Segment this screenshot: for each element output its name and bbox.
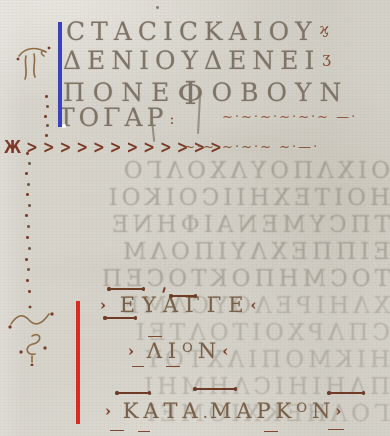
text-line-1-text: ϹΤΑϹΙϹΚΑΙΟΥ	[66, 17, 318, 46]
subscription-line-3-kata: ΚΑΤΑ	[123, 399, 203, 423]
subscription-small-omicron: Ο	[296, 401, 312, 416]
subscription-line-2: › ΛΙΟΝ‹	[128, 339, 228, 363]
margin-dot	[28, 162, 31, 165]
line-2-rubric-mark: ʒ	[322, 49, 330, 67]
margin-dot	[25, 258, 28, 261]
ornament-dash-icon	[166, 366, 180, 367]
margin-dot	[46, 105, 49, 108]
margin-dot	[25, 172, 28, 175]
ghost-line: ΤΟϹΜΗΠΟΚΤΟϹΕΠ	[52, 266, 390, 293]
manuscript-photo: ϹΤΑϹΙϹΚΑΙΟΥϗ ΔΕΝΙΟΥΔΕΝΕΙʒ ΠΟΝΕΦΟΒΟΥΝ ΤΟΓ…	[0, 0, 390, 436]
margin-coronis-icon	[8, 302, 56, 366]
subscription-small-omicron: Ο	[182, 341, 198, 356]
margin-coronis-icon	[16, 44, 52, 82]
margin-dot	[27, 225, 30, 228]
ornament-dash-icon	[148, 336, 162, 337]
subscription-open-mark: ›	[100, 296, 106, 314]
ornament-arrow-icon	[108, 288, 144, 290]
text-line-3-post: ΟΒΟΥΝ	[212, 78, 350, 107]
subscription-separator-dot: .	[203, 403, 210, 422]
ghost-line: ΤΠϹΥΜΕΝΑΙΦΗΝΕ	[52, 212, 390, 239]
subscription-line-3-post: Ν	[312, 399, 335, 423]
line-1-rubric-mark: ϗ	[320, 20, 329, 38]
text-line-4: ΤΟΓΑΡ:	[58, 103, 174, 132]
ornament-dash-icon	[264, 431, 278, 432]
subscription-line-2-pre: ΛΙ	[147, 339, 182, 363]
subscription-close-mark: ‹	[222, 342, 228, 360]
white-cursor-dot	[62, 124, 66, 128]
line-4-scroll-flourish: ~·~·~·~·~·~ —·	[222, 110, 357, 125]
ornament-arrow-icon	[328, 392, 364, 394]
ornament-dash-icon	[110, 430, 124, 431]
margin-dot	[26, 193, 29, 196]
subscription-close-mark: ›	[335, 402, 341, 420]
text-line-1: ϹΤΑϹΙϹΚΑΙΟΥϗ	[66, 17, 329, 46]
ornament-arrow-icon	[116, 392, 150, 394]
margin-dot	[25, 214, 28, 217]
subscription-line-3-mark-name: ΜΑΡΚ	[210, 399, 297, 423]
ornament-dash-icon	[138, 431, 150, 432]
margin-dot	[45, 95, 48, 98]
ornament-dash-icon	[328, 429, 344, 430]
ornament-arrow-icon	[194, 388, 236, 390]
ghost-line: ΕΙΠΠΕΧΛΥΙΠΟΛΜ	[52, 239, 390, 266]
margin-dot	[44, 115, 47, 118]
ornament-dash-icon	[132, 366, 144, 367]
text-line-2-text: ΔΕΝΙΟΥΔΕΝΕΙ	[63, 46, 320, 75]
margin-dot	[46, 124, 49, 127]
margin-dot	[26, 279, 29, 282]
margin-dot	[28, 290, 31, 293]
ghost-line: ΗΟΙΤΕΧΗΙΙϹΟΙΚΟΙ	[52, 185, 390, 212]
ornament-arrow-icon	[104, 317, 136, 319]
blue-annotation-line	[58, 22, 62, 127]
text-line-3-phi: Φ	[177, 74, 211, 112]
margin-dot	[28, 247, 31, 250]
subscription-open-mark: ›	[105, 402, 111, 420]
coronis-scroll-band: ~·~·~·~·~ ~·—·	[184, 140, 319, 155]
margin-dot	[26, 236, 29, 239]
text-line-2: ΔΕΝΙΟΥΔΕΝΕΙʒ	[63, 46, 331, 75]
red-annotation-line	[76, 301, 80, 424]
ornament-arrow-icon	[170, 295, 196, 297]
margin-dot	[28, 204, 31, 207]
margin-dot	[27, 183, 30, 186]
subscription-line-2-post: Ν	[198, 339, 222, 363]
margin-dot	[27, 268, 30, 271]
subscription-close-mark: ‹	[251, 296, 257, 314]
ghost-line: ΟΙΧΛΠΟΥΛΧΟΛΓΟ	[52, 158, 390, 185]
paper-speck	[156, 6, 159, 9]
line-4-rubric-dots: :	[169, 110, 174, 128]
subscription-line-3: › ΚΑΤΑ.ΜΑΡΚΟΝ›	[105, 399, 341, 423]
margin-dot	[45, 134, 48, 137]
margin-dot	[26, 152, 29, 155]
subscription-open-mark: ›	[128, 342, 134, 360]
